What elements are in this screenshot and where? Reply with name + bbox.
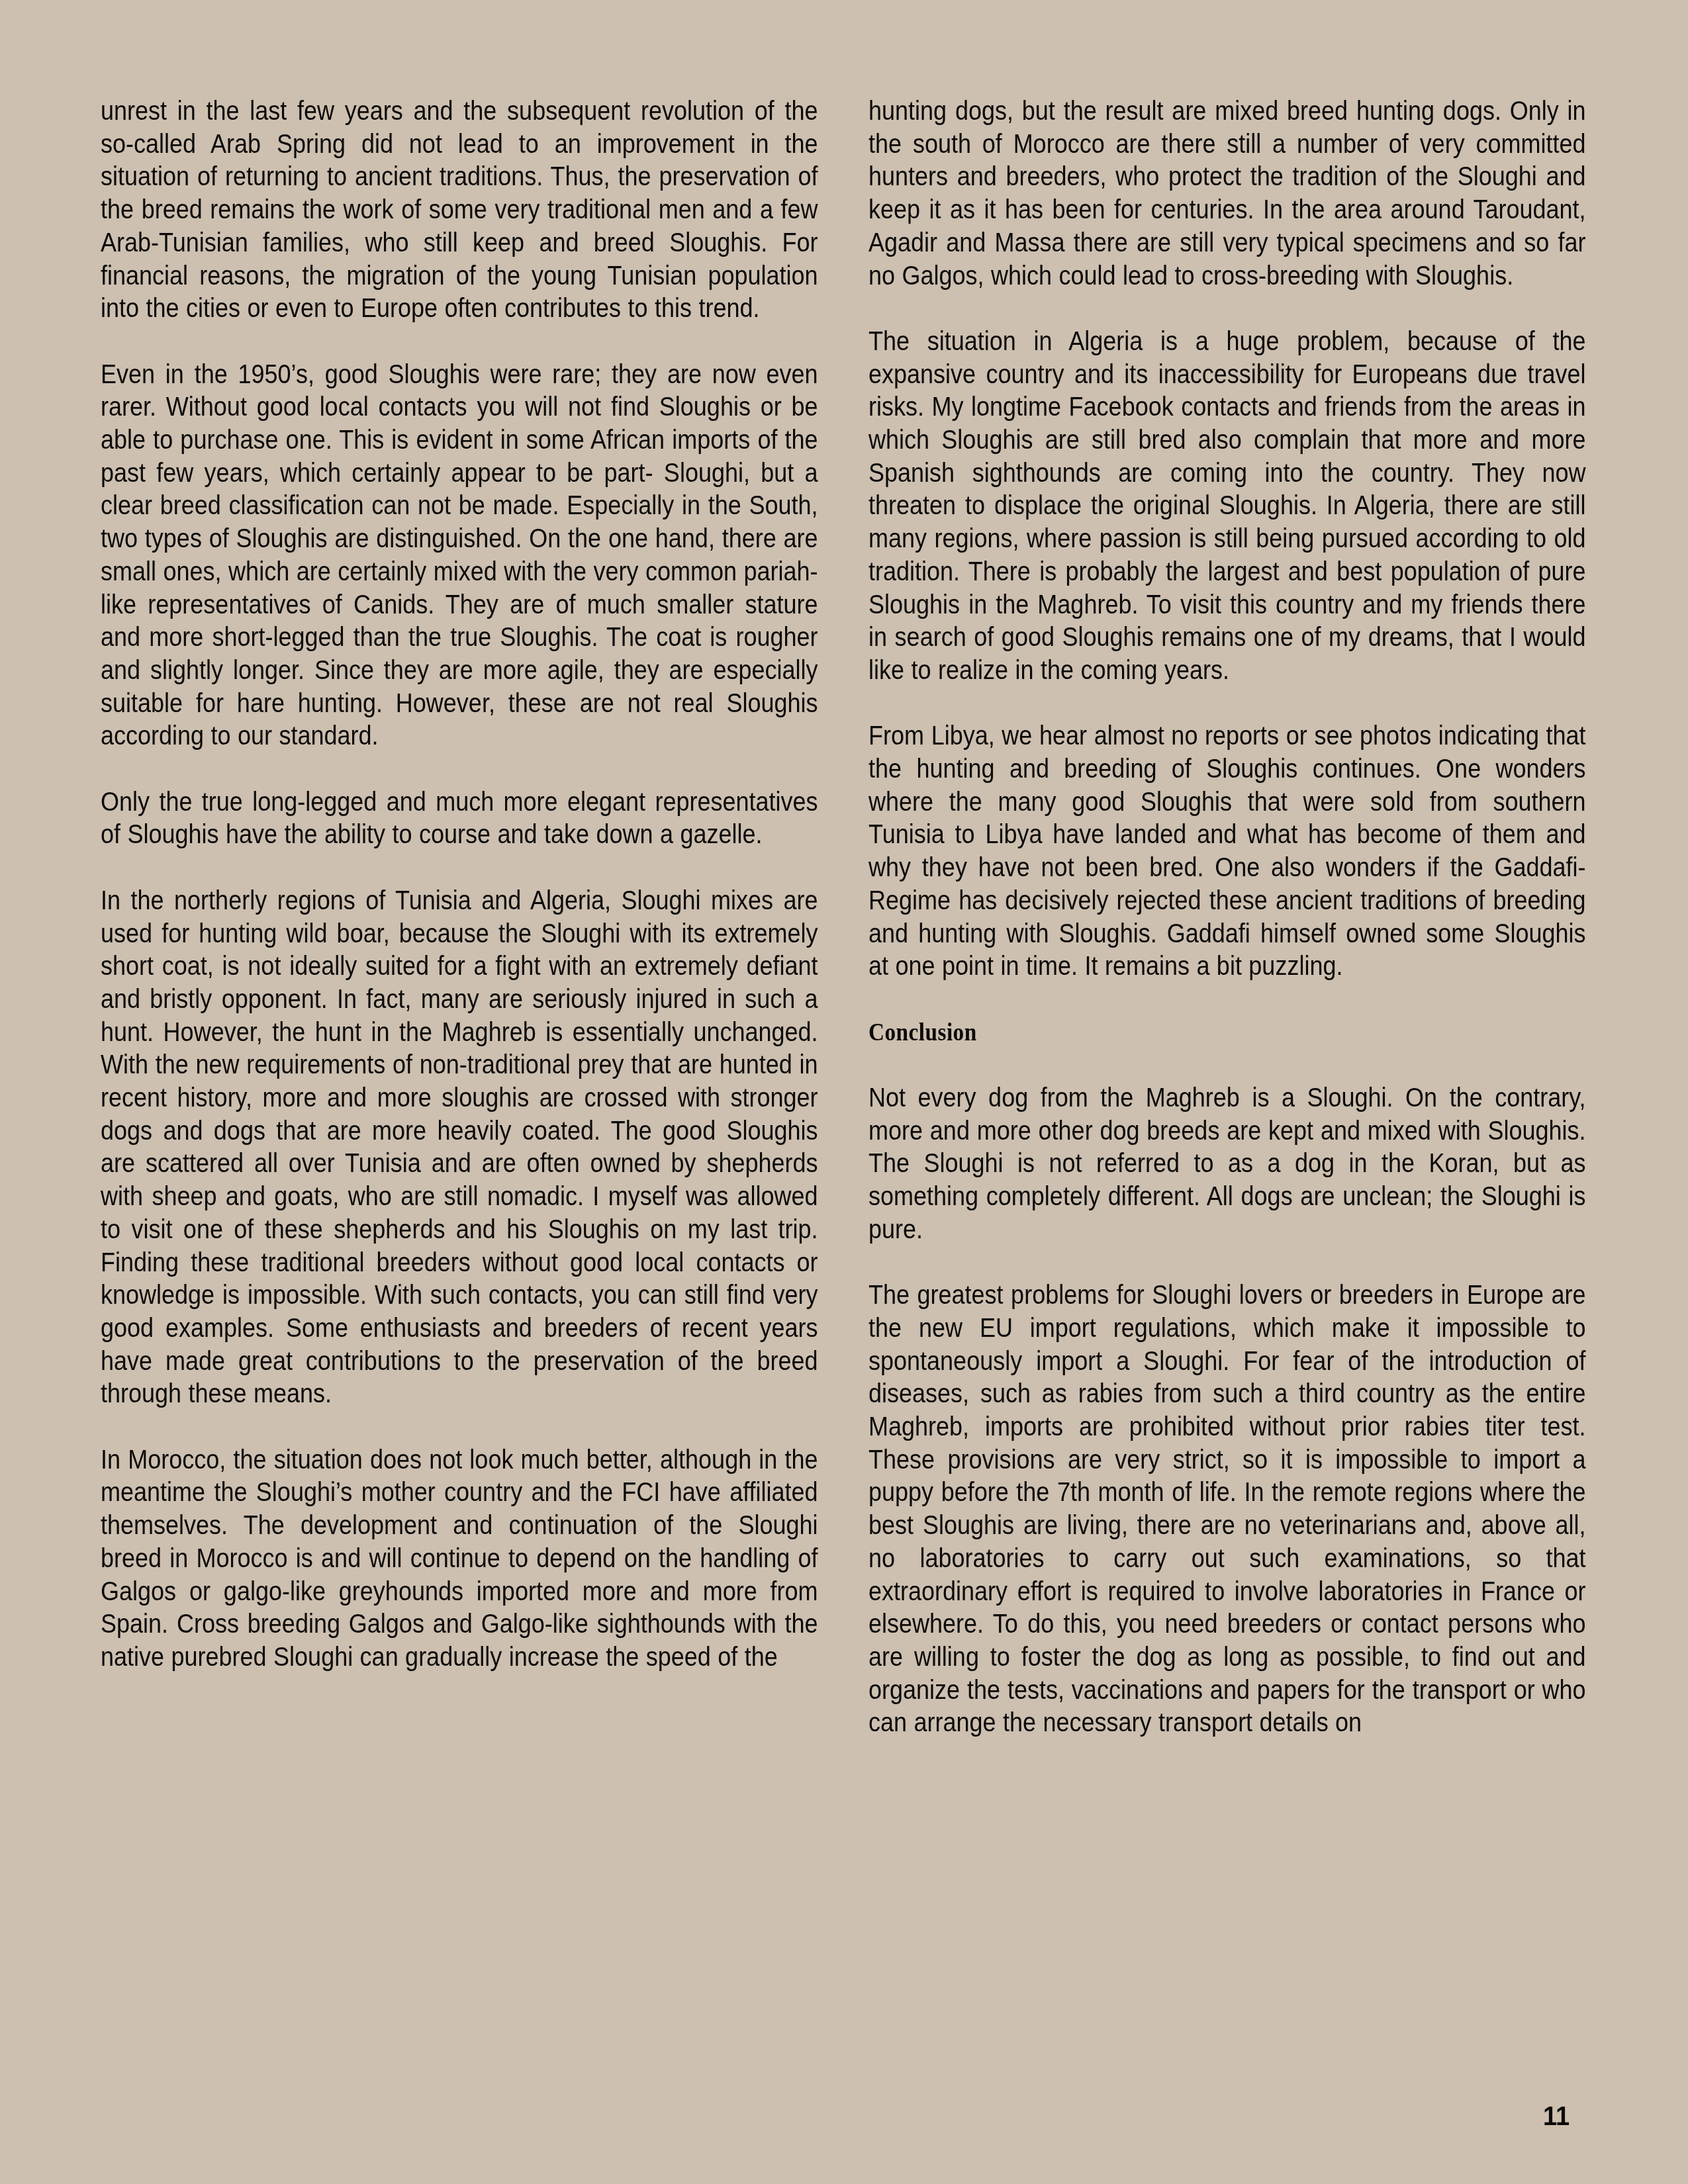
- page-number: 11: [1543, 2102, 1570, 2131]
- left-column-text: unrest in the last few years and the sub…: [101, 95, 818, 1674]
- left-column: unrest in the last few years and the sub…: [101, 95, 818, 2081]
- paragraph-long-legged-sloughis: Only the true long-legged and much more …: [101, 786, 818, 852]
- paragraph-morocco: In Morocco, the situation does not look …: [101, 1444, 818, 1674]
- paragraph-arab-spring: unrest in the last few years and the sub…: [101, 95, 818, 326]
- paragraph-northern-regions: In the northerly regions of Tunisia and …: [101, 885, 818, 1411]
- paragraph-libya: From Libya, we hear almost no reports or…: [868, 720, 1586, 983]
- conclusion-heading: Conclusion: [868, 1017, 1586, 1050]
- paragraph-1950s-rarity: Even in the 1950’s, good Sloughis were r…: [101, 359, 818, 753]
- paragraph-eu-import-regulations: The greatest problems for Sloughi lovers…: [868, 1279, 1586, 1740]
- paragraph-not-every-dog: Not every dog from the Maghreb is a Slou…: [868, 1082, 1586, 1247]
- right-column: hunting dogs, but the result are mixed b…: [868, 95, 1586, 2081]
- paragraph-southern-morocco: hunting dogs, but the result are mixed b…: [868, 95, 1586, 293]
- right-column-text: hunting dogs, but the result are mixed b…: [868, 95, 1586, 1740]
- paragraph-algeria: The situation in Algeria is a huge probl…: [868, 326, 1586, 688]
